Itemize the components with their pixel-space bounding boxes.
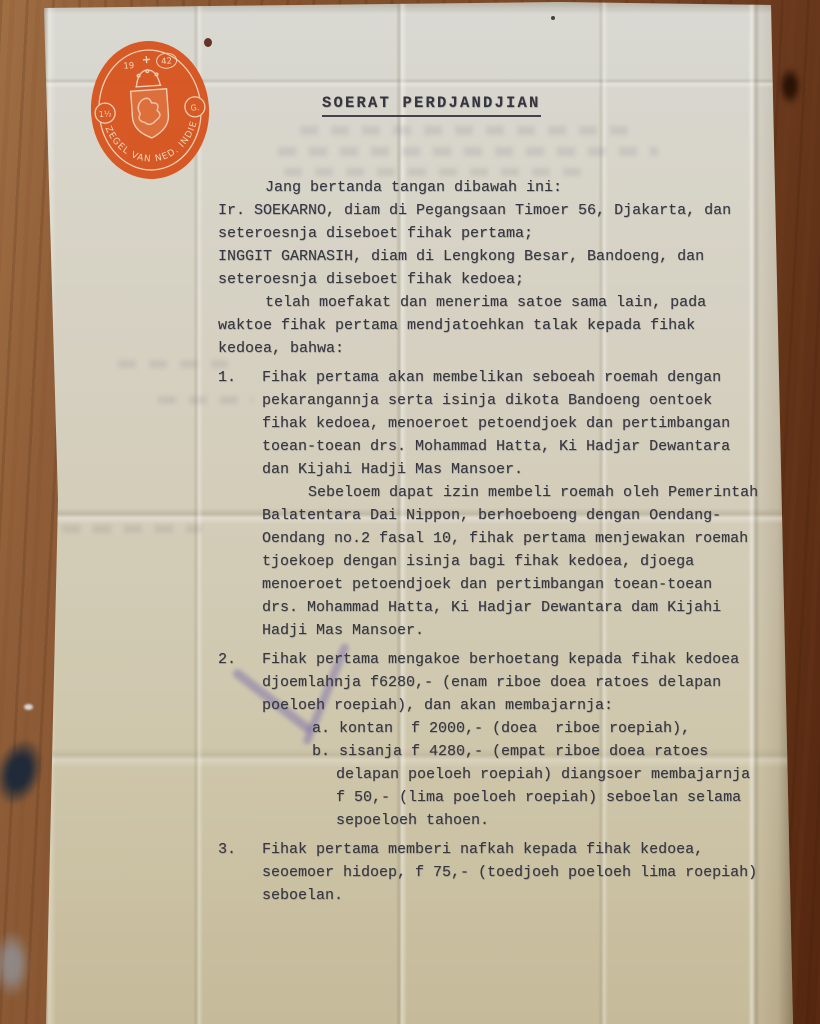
numbered-item: 2. Fihak pertama mengakoe berhoetang kep… xyxy=(218,648,778,832)
paint-smudge-blue xyxy=(0,918,36,1010)
ink-speck xyxy=(551,16,555,20)
typed-line: kedoea, bahwa: xyxy=(218,337,778,360)
typed-line: seboelan. xyxy=(262,884,757,907)
typed-line: Jang bertanda tangan dibawah ini: xyxy=(218,176,778,199)
ink-bleedthrough xyxy=(300,126,640,135)
typed-line: drs. Mohammad Hatta, Ki Hadjar Dewantara… xyxy=(262,596,758,619)
document-title: SOERAT PERDJANDJIAN xyxy=(322,94,541,117)
typed-line: Hadji Mas Mansoer. xyxy=(262,619,758,642)
typed-line: Ir. SOEKARNO, diam di Pegangsaan Timoer … xyxy=(218,199,778,222)
ink-bleedthrough xyxy=(284,168,584,176)
typed-line: INGGIT GARNASIH, diam di Lengkong Besar,… xyxy=(218,245,778,268)
typed-line: tjoekoep dengan isinja bagi fihak kedoea… xyxy=(262,550,758,573)
typed-line: waktoe fihak pertama mendjatoehkan talak… xyxy=(218,314,778,337)
typed-line: seteroesnja diseboet fihak pertama; xyxy=(218,222,778,245)
typed-line: toean-toean drs. Mohammad Hatta, Ki Hadj… xyxy=(262,435,758,458)
typed-line: fihak kedoea, menoeroet petoendjoek dan … xyxy=(262,412,758,435)
numbered-item: 3. Fihak pertama memberi nafkah kepada f… xyxy=(218,838,778,907)
document-page: 19 42 1½ G. ZEGEL VAN NED. INDIE SOERAT xyxy=(0,0,820,1024)
wood-knot xyxy=(775,60,805,112)
typed-line: Balatentara Dai Nippon, berhoeboeng deng… xyxy=(262,504,758,527)
document-body: Jang bertanda tangan dibawah ini: Ir. SO… xyxy=(218,176,778,907)
item-number: 3. xyxy=(218,838,262,861)
paint-fleck xyxy=(24,704,33,710)
ink-bleedthrough xyxy=(278,147,658,156)
typed-line: delapan poeloeh roepiah) diangsoer memba… xyxy=(262,763,750,786)
typed-line: poeloeh roepiah), dan akan membajarnja: xyxy=(262,694,750,717)
typed-line: Sebeloem dapat izin membeli roemah oleh … xyxy=(262,481,758,504)
stamp-year-left: 19 xyxy=(123,61,134,72)
typed-line: menoeroet petoendjoek dan pertimbangan t… xyxy=(262,573,758,596)
stamp-currency: G. xyxy=(190,103,199,113)
typed-line: seteroesnja diseboet fihak kedoea; xyxy=(218,268,778,291)
item-text: Fihak pertama mengakoe berhoetang kepada… xyxy=(262,648,750,832)
typed-line: telah moefakat dan menerima satoe sama l… xyxy=(218,291,778,314)
stamp-denomination: 1½ xyxy=(98,109,112,119)
item-number: 2. xyxy=(218,648,262,671)
typed-line: a. kontan f 2000,- (doea riboe roepiah), xyxy=(262,717,750,740)
numbered-item: 1. Fihak pertama akan membelikan seboeah… xyxy=(218,366,778,642)
typed-line: b. sisanja f 4280,- (empat riboe doea ra… xyxy=(262,740,750,763)
item-text: Fihak pertama memberi nafkah kepada fiha… xyxy=(262,838,757,907)
typed-line: Fihak pertama memberi nafkah kepada fiha… xyxy=(262,838,757,861)
item-number: 1. xyxy=(218,366,262,389)
typed-line: pekarangannja serta isinja dikota Bandoe… xyxy=(262,389,758,412)
typed-line: dan Kijahi Hadji Mas Mansoer. xyxy=(262,458,758,481)
ink-bleedthrough xyxy=(118,360,228,368)
typed-line: sepoeloeh tahoen. xyxy=(262,809,750,832)
photo-of-document: 19 42 1½ G. ZEGEL VAN NED. INDIE SOERAT xyxy=(0,0,820,1024)
item-text: Fihak pertama akan membelikan seboeah ro… xyxy=(262,366,758,642)
typed-line: djoemlahnja f6280,- (enam riboe doea rat… xyxy=(262,671,750,694)
revenue-stamp: 19 42 1½ G. ZEGEL VAN NED. INDIE xyxy=(83,34,217,186)
ink-bleedthrough xyxy=(62,525,202,533)
typed-line: seoemoer hidoep, f 75,- (toedjoeh poeloe… xyxy=(262,861,757,884)
typed-line: f 50,- (lima poeloeh roepiah) seboelan s… xyxy=(262,786,750,809)
typed-line: Fihak pertama akan membelikan seboeah ro… xyxy=(262,366,758,389)
typed-line: Fihak pertama mengakoe berhoetang kepada… xyxy=(262,648,750,671)
stamp-year-right: 42 xyxy=(161,56,172,67)
typed-line: Oendang no.2 fasal 10, fihak pertama men… xyxy=(262,527,758,550)
